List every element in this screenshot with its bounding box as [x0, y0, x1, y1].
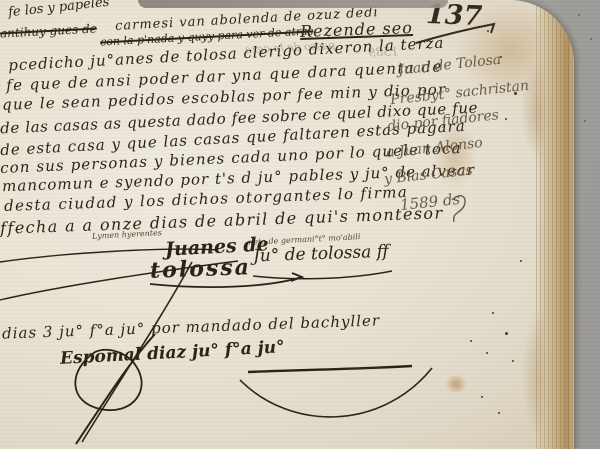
book-fore-edge — [536, 0, 574, 449]
stain-small-dot — [445, 374, 467, 394]
header-line-1: fe los y papeles — [8, 0, 110, 19]
manuscript-page: passo de la caza 1589 fe los y papeles c… — [0, 0, 574, 449]
margin-note-line-1: Juan de Tolosa — [398, 53, 502, 78]
header-line-3-struck: antihuy gues de — [0, 22, 97, 39]
photo-of-manuscript: passo de la caza 1589 fe los y papeles c… — [0, 0, 600, 449]
margin-note-year: 1589 ds — [399, 192, 460, 213]
signature-left-line-2: tolossa — [150, 256, 252, 282]
bottom-signature: Espomal diaz ju° f°a ju° — [60, 339, 285, 368]
interlinear-note-1: Lymen hyerentes — [92, 229, 162, 241]
bottom-line-1: dias 3 ju° f°a ju° por mandado del bachy… — [2, 313, 380, 341]
signature-right: Ju° de tolossa ff — [253, 244, 389, 266]
page-top-shadow — [138, 0, 448, 8]
